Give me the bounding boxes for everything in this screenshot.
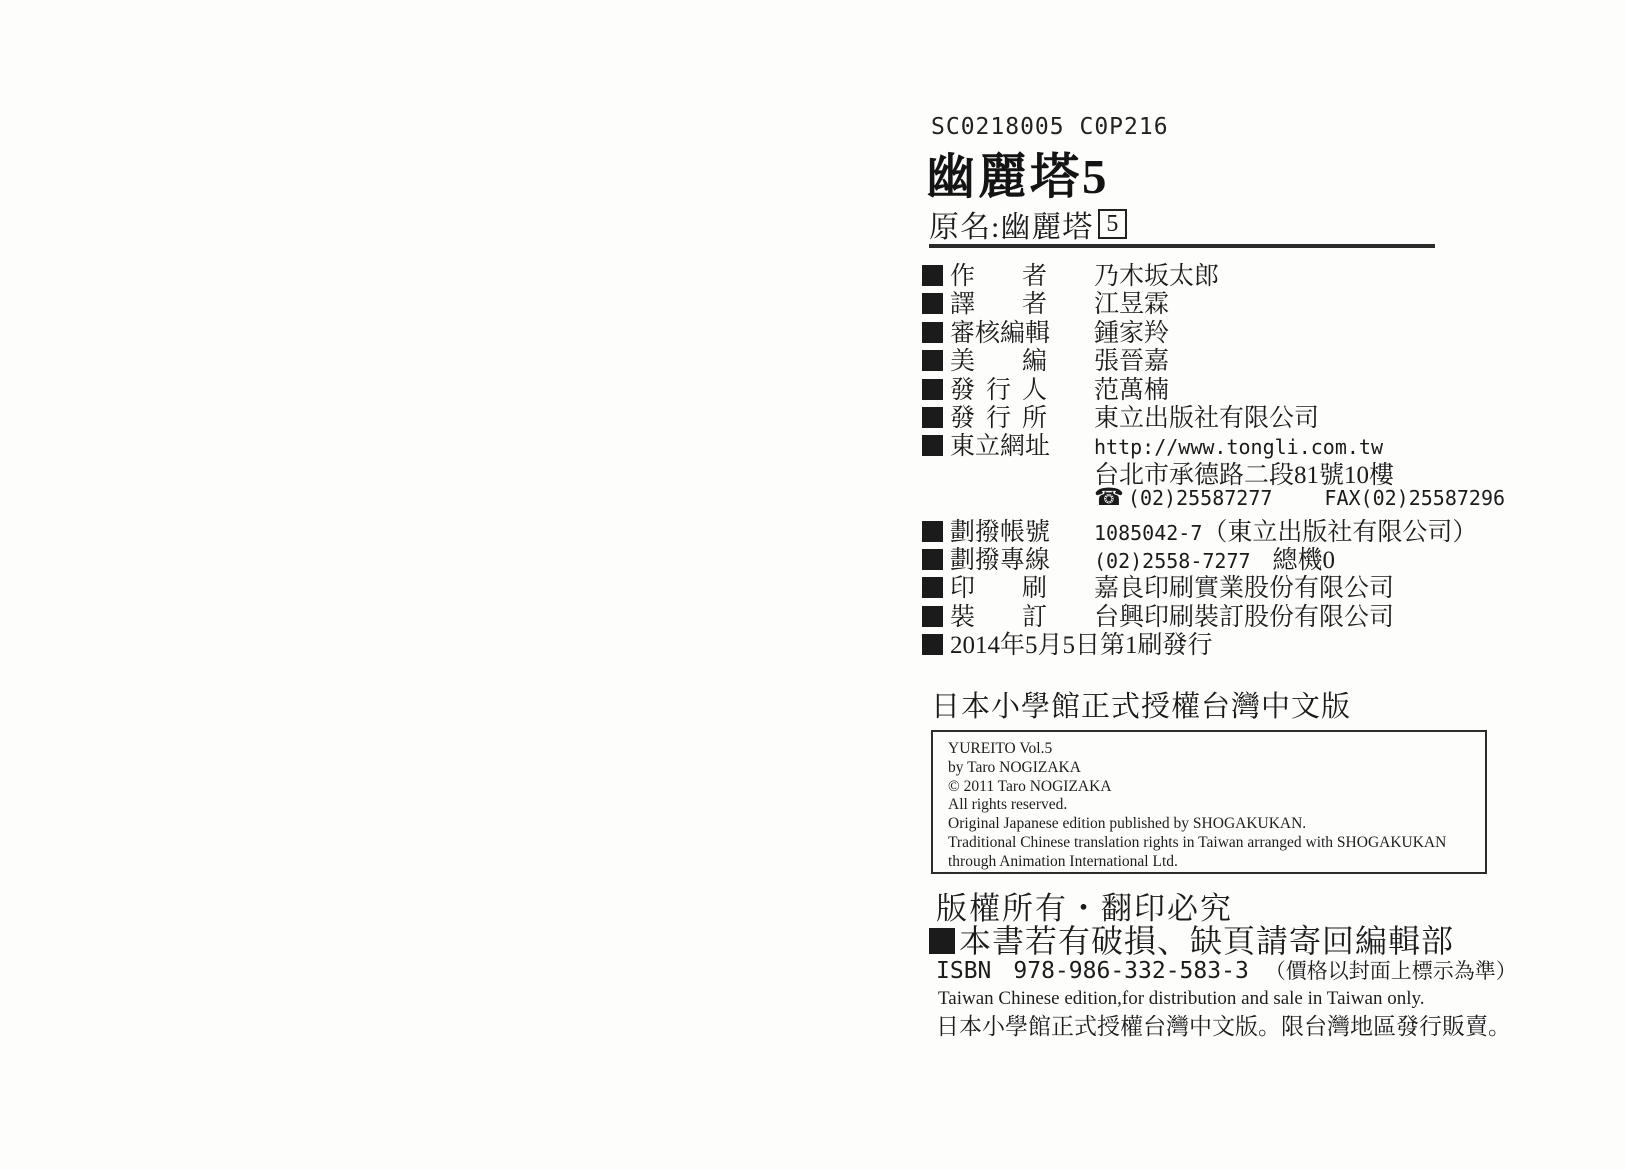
original-title: 原名:幽麗塔 5 (929, 202, 1127, 246)
original-title-label: 原名:幽麗塔 (929, 202, 1093, 246)
fax-number: FAX(02)25587296 (1324, 486, 1505, 510)
bullet-square-icon (922, 322, 943, 343)
isbn-number: 978-986-332-583-3 (1013, 958, 1248, 984)
copyright-line: by Taro NOGIZAKA (948, 759, 1485, 778)
credit-row-website: 東立網址http://www.tongli.com.tw (922, 426, 1505, 454)
credit-row-author: 作者乃木坂太郎 (922, 256, 1505, 284)
bullet-square-icon (929, 928, 955, 954)
bullet-square-icon (922, 407, 943, 428)
colophon-page: SC0218005 C0P216 幽麗塔5 原名:幽麗塔 5 作者乃木坂太郎 譯… (0, 0, 1625, 1170)
credit-row-art-editor: 美編張晉嘉 (922, 341, 1505, 369)
copyright-line: through Animation International Ltd. (948, 853, 1485, 872)
phone-fax-line: ☎(02)25587277FAX(02)25587296 (922, 483, 1505, 511)
divider-rule (929, 244, 1435, 248)
credit-row-publishing-house: 發行所東立出版社有限公司 (922, 398, 1505, 426)
copyright-line: All rights reserved. (948, 796, 1485, 815)
book-code: SC0218005 C0P216 (931, 114, 1169, 140)
copyright-line: Original Japanese edition published by S… (948, 815, 1485, 834)
copyright-line: YUREITO Vol.5 (948, 740, 1485, 759)
copyright-line: © 2011 Taro NOGIZAKA (948, 778, 1485, 797)
bullet-square-icon (922, 293, 943, 314)
bullet-square-icon (922, 350, 943, 371)
copyright-box: YUREITO Vol.5 by Taro NOGIZAKA © 2011 Ta… (931, 730, 1487, 874)
book-title: 幽麗塔5 (926, 138, 1110, 208)
volume-number-box: 5 (1098, 209, 1127, 239)
credit-row-review-editor: 審核編輯鍾家羚 (922, 313, 1505, 341)
damaged-return-text: 本書若有破損、缺頁請寄回編輯部 (959, 923, 1454, 959)
release-date: 2014年5月5日第1刷發行 (950, 632, 1213, 659)
isbn-label: ISBN (936, 958, 991, 984)
distribution-notice-en: Taiwan Chinese edition,for distribution … (938, 988, 1425, 1010)
license-heading: 日本小學館正式授權台灣中文版 (931, 684, 1351, 725)
bullet-square-icon (922, 521, 943, 542)
bullet-square-icon (922, 435, 943, 456)
bullet-square-icon (922, 606, 943, 627)
credit-label: 東立網址 (950, 426, 1047, 462)
bullet-square-icon (922, 265, 943, 286)
phone-number: (02)25587277 (1128, 486, 1273, 510)
copyright-line: Traditional Chinese translation rights i… (948, 834, 1485, 853)
distribution-notice-zh: 日本小學館正式授權台灣中文版。限台灣地區發行販賣。 (936, 1008, 1511, 1041)
credits-list: 作者乃木坂太郎 譯者江昱霖 審核編輯鍾家羚 美編張晉嘉 發行人范萬楠 發行所東立… (922, 256, 1505, 653)
credit-row-binder: 裝訂台興印刷裝訂股份有限公司 (922, 597, 1505, 625)
bullet-square-icon (922, 577, 943, 598)
credit-row-postal-account: 劃撥帳號1085042-7（東立出版社有限公司） (922, 512, 1505, 540)
bullet-square-icon (922, 634, 943, 655)
bullet-square-icon (922, 379, 943, 400)
telephone-icon: ☎ (1094, 485, 1124, 511)
credit-row-printer: 印刷嘉良印刷實業股份有限公司 (922, 568, 1505, 596)
bullet-square-icon (922, 549, 943, 570)
credit-row-publisher-person: 發行人范萬楠 (922, 370, 1505, 398)
isbn-line: ISBN 978-986-332-583-3 （價格以封面上標示為準） (936, 955, 1517, 985)
isbn-price-note: （價格以封面上標示為準） (1265, 955, 1517, 985)
